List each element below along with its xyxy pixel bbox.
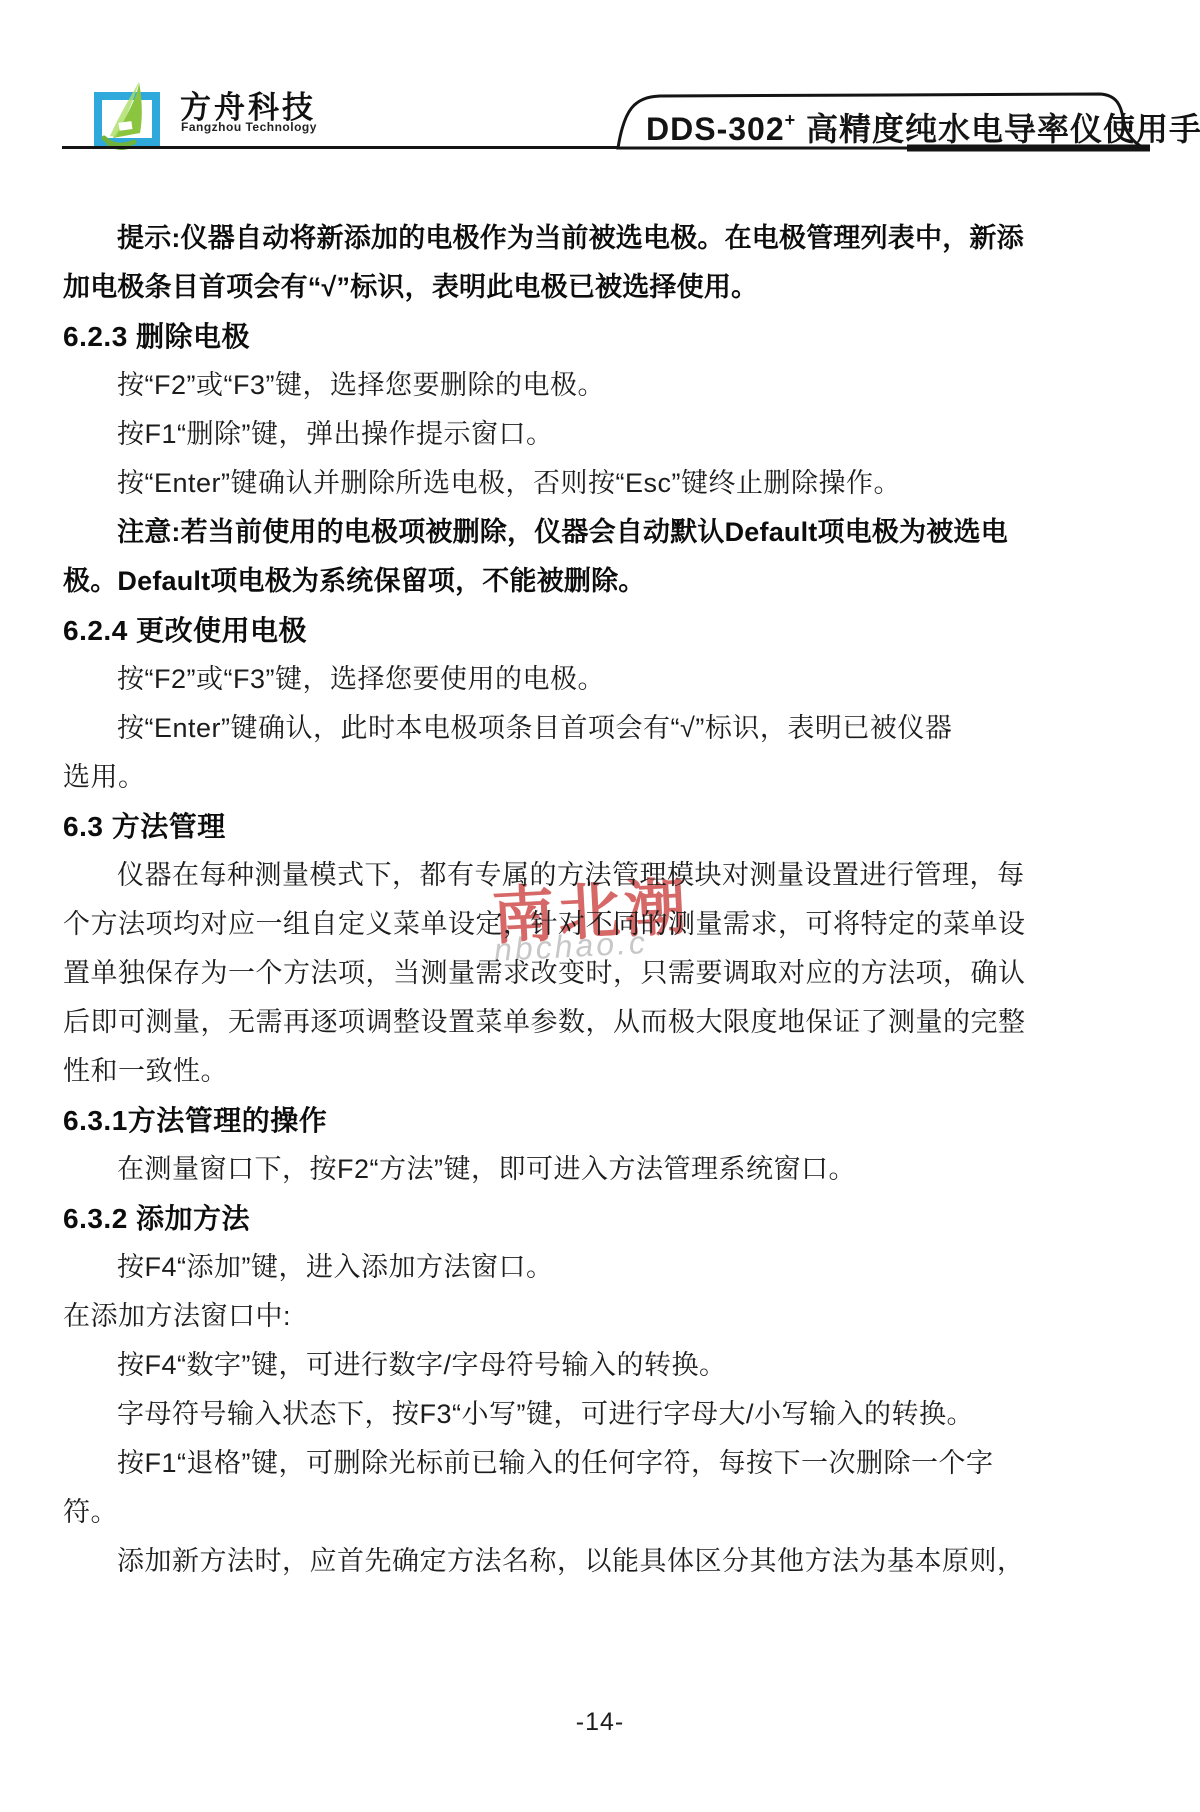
- page-header: 方舟科技 Fangzhou Technology DDS-302+ 高精度纯水电…: [0, 0, 1200, 170]
- manual-body: 提示:仪器自动将新添加的电极作为当前被选电极。在电极管理列表中，新添 加电极条目…: [63, 214, 1141, 1586]
- text-line: 字母符号输入状态下，按F3“小写”键，可进行字母大/小写输入的转换。: [63, 1390, 1141, 1439]
- text-line: 按“F2”或“F3”键，选择您要使用的电极。: [63, 655, 1141, 704]
- text-line: 置单独保存为一个方法项，当测量需求改变时，只需要调取对应的方法项，确认: [63, 949, 1141, 998]
- text-line: 按“F2”或“F3”键，选择您要删除的电极。: [63, 361, 1141, 410]
- manual-title-text: 高精度纯水电导率仪使用手册: [796, 111, 1200, 147]
- text-line: 符。: [63, 1488, 1141, 1537]
- text-line: 按F4“添加”键，进入添加方法窗口。: [63, 1243, 1141, 1292]
- text-line: 加电极条目首项会有“√”标识，表明此电极已被选择使用。: [63, 263, 1141, 312]
- page-number: -14-: [576, 1708, 624, 1736]
- model-sup: +: [785, 110, 797, 130]
- text-line: 个方法项均对应一组自定义菜单设定，针对不同的测量需求，可将特定的菜单设: [63, 900, 1141, 949]
- text-line: 后即可测量，无需再逐项调整设置菜单参数，从而极大限度地保证了测量的完整: [63, 998, 1141, 1047]
- manual-title: DDS-302+ 高精度纯水电导率仪使用手册: [646, 104, 1126, 150]
- manual-page: 方舟科技 Fangzhou Technology DDS-302+ 高精度纯水电…: [0, 0, 1200, 1812]
- section-heading-6-2-3: 6.2.3 删除电极: [63, 312, 1141, 361]
- text-line: 注意:若当前使用的电极项被删除，仪器会自动默认Default项电极为被选电: [63, 508, 1141, 557]
- text-line: 按“Enter”键确认并删除所选电极，否则按“Esc”键终止删除操作。: [63, 459, 1141, 508]
- text-line: 在添加方法窗口中:: [63, 1292, 1141, 1341]
- company-logo: 方舟科技 Fangzhou Technology: [92, 72, 422, 152]
- text-line: 提示:仪器自动将新添加的电极作为当前被选电极。在电极管理列表中，新添: [63, 214, 1141, 263]
- text-line: 选用。: [63, 753, 1141, 802]
- text-line: 按F1“退格”键，可删除光标前已输入的任何字符，每按下一次删除一个字: [63, 1439, 1141, 1488]
- text-line: 添加新方法时，应首先确定方法名称，以能具体区分其他方法为基本原则，: [63, 1537, 1141, 1586]
- manual-title-banner: DDS-302+ 高精度纯水电导率仪使用手册: [612, 88, 1157, 160]
- section-heading-6-2-4: 6.2.4 更改使用电极: [63, 606, 1141, 655]
- page-footer: -14-: [0, 1708, 1200, 1737]
- model-number: DDS-302: [646, 111, 785, 147]
- section-heading-6-3-1: 6.3.1方法管理的操作: [63, 1096, 1141, 1145]
- text-line: 在测量窗口下，按F2“方法”键，即可进入方法管理系统窗口。: [63, 1145, 1141, 1194]
- text-line: 按“Enter”键确认，此时本电极项条目首项会有“√”标识，表明已被仪器: [63, 704, 1141, 753]
- text-line: 性和一致性。: [63, 1047, 1141, 1096]
- section-heading-6-3: 6.3 方法管理: [63, 802, 1141, 851]
- logo-company-name-en: Fangzhou Technology: [181, 120, 317, 134]
- text-line: 极。Default项电极为系统保留项，不能被删除。: [63, 557, 1141, 606]
- ark-sail-logo-icon: [92, 80, 170, 152]
- text-line: 仪器在每种测量模式下，都有专属的方法管理模块对测量设置进行管理，每: [63, 851, 1141, 900]
- section-heading-6-3-2: 6.3.2 添加方法: [63, 1194, 1141, 1243]
- text-line: 按F4“数字”键，可进行数字/字母符号输入的转换。: [63, 1341, 1141, 1390]
- text-line: 按F1“删除”键，弹出操作提示窗口。: [63, 410, 1141, 459]
